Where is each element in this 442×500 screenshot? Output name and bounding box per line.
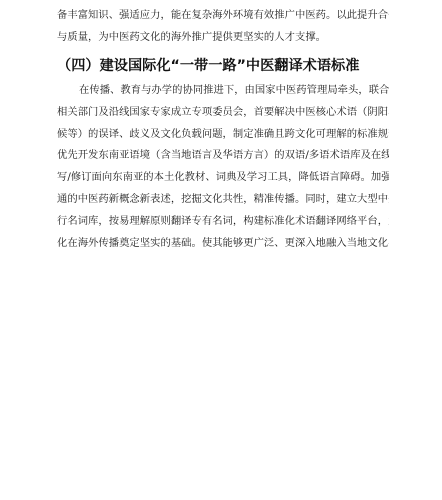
paragraph-line: 在传播、教育与办学的协同推进下，由国家中医药管理局牵头，联合“一带一路” [79, 83, 389, 97]
paragraph-line: 备丰富知识、强适应力，能在复杂海外环境有效推广中医药。以此提升合作办学规模 [57, 8, 389, 22]
paragraph-line: 写/修订面向东南亚的本土化教材、词典及学习工具，降低语言障碍。加强研究中外融 [57, 170, 389, 184]
paragraph-line: 行名词库，按易理解原则翻译专有名词，构建标准化术语翻译网络平台，为中医药文 [57, 214, 389, 228]
paragraph-line: 相关部门及沿线国家专家成立专项委员会，首要解决中医核心术语（阴阳、经络、证 [57, 105, 389, 119]
section-heading: （四）建设国际化“一带一路”中医翻译术语标准 [57, 56, 359, 76]
paragraph-line: 优先开发东南亚语境（含当地语言及华语方言）的双语/多语术语库及在线平台，并编 [57, 148, 389, 162]
paragraph-line: 候等）的误译、歧义及文化负载问题，制定准确且跨文化可理解的标准规范。据此， [57, 127, 389, 141]
document-page: 备丰富知识、强适应力，能在复杂海外环境有效推广中医药。以此提升合作办学规模 与质… [0, 0, 442, 500]
paragraph-line: 通的中医药新概念新表述，挖掘文化共性，精准传播。同时，建立大型中外文中医平 [57, 192, 389, 206]
paragraph-line: 化在海外传播奠定坚实的基础。使其能够更广泛、更深入地融入当地文化与社会。 [57, 236, 389, 250]
paragraph-line: 与质量，为中医药文化的海外推广提供更坚实的人才支撑。 [57, 30, 389, 44]
